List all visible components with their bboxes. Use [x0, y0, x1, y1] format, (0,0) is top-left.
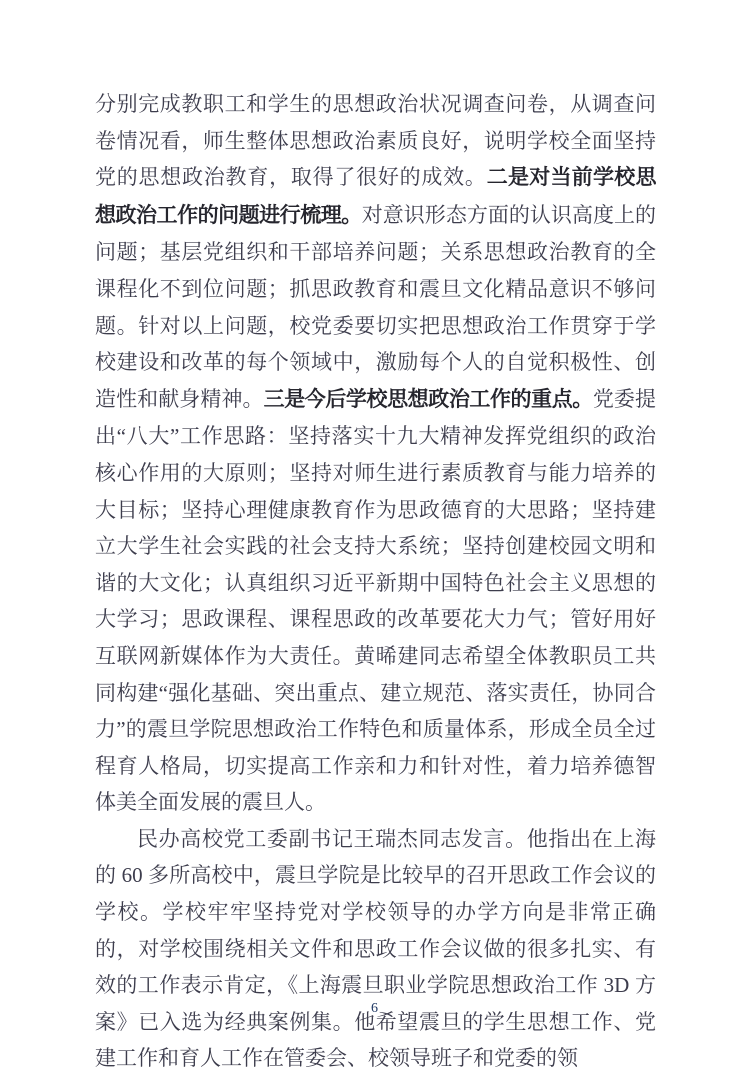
text-run-bold-heading-3: 三是今后学校思想政治工作的重点。	[264, 388, 593, 411]
page-number: 6	[0, 1001, 749, 1017]
document-body: 分别完成教职工和学生的思想政治状况调查问卷，从调查问卷情况看，师生整体思想政治素…	[95, 86, 656, 1077]
text-run: 民办高校党工委副书记王瑞杰同志发言。他指出在上海的 60 多所高校中，震旦学院是…	[95, 827, 656, 1071]
text-run: 对意识形态方面的认识高度上的问题；基层党组织和干部培养问题；关系思想政治教育的全…	[95, 203, 656, 411]
document-page: 分别完成教职工和学生的思想政治状况调查问卷，从调查问卷情况看，师生整体思想政治素…	[0, 0, 749, 1077]
text-run: 党委提出“八大”工作思路：坚持落实十九大精神发挥党组织的政治核心作用的大原则；坚…	[95, 387, 656, 815]
paragraph: 民办高校党工委副书记王瑞杰同志发言。他指出在上海的 60 多所高校中，震旦学院是…	[95, 821, 656, 1077]
paragraph: 分别完成教职工和学生的思想政治状况调查问卷，从调查问卷情况看，师生整体思想政治素…	[95, 86, 656, 821]
